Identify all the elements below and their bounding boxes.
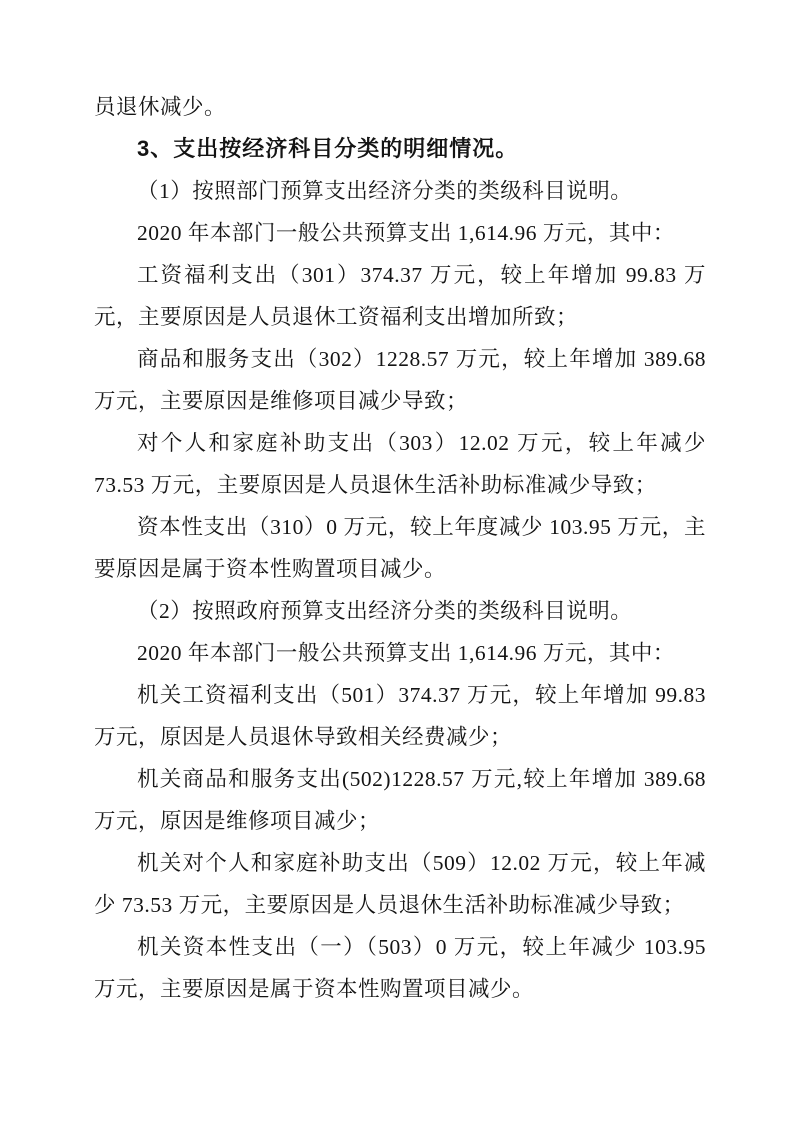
paragraph-expense-303: 对个人和家庭补助支出（303）12.02 万元，较上年减少 73.53 万元，主… [94, 422, 706, 506]
paragraph-expense-503: 机关资本性支出（一）（503）0 万元，较上年减少 103.95 万元，主要原因… [94, 926, 706, 1010]
paragraph-expense-502: 机关商品和服务支出(502)1228.57 万元,较上年增加 389.68 万元… [94, 758, 706, 842]
paragraph-expense-501: 机关工资福利支出（501）374.37 万元，较上年增加 99.83 万元，原因… [94, 674, 706, 758]
paragraph-total-budget-1: 2020 年本部门一般公共预算支出 1,614.96 万元，其中： [94, 212, 706, 254]
paragraph-expense-310: 资本性支出（310）0 万元，较上年度减少 103.95 万元，主要原因是属于资… [94, 506, 706, 590]
subsection-heading-1: （1）按照部门预算支出经济分类的类级科目说明。 [94, 170, 706, 212]
document-page: 员退休减少。 3、支出按经济科目分类的明细情况。 （1）按照部门预算支出经济分类… [0, 0, 793, 1122]
paragraph-expense-509: 机关对个人和家庭补助支出（509）12.02 万元，较上年减少 73.53 万元… [94, 842, 706, 926]
paragraph-expense-302: 商品和服务支出（302）1228.57 万元，较上年增加 389.68 万元，主… [94, 338, 706, 422]
subsection-heading-2: （2）按照政府预算支出经济分类的类级科目说明。 [94, 590, 706, 632]
paragraph-continuation: 员退休减少。 [94, 86, 706, 128]
section-heading-3: 3、支出按经济科目分类的明细情况。 [94, 128, 706, 170]
paragraph-expense-301: 工资福利支出（301）374.37 万元，较上年增加 99.83 万元，主要原因… [94, 254, 706, 338]
paragraph-total-budget-2: 2020 年本部门一般公共预算支出 1,614.96 万元，其中： [94, 632, 706, 674]
document-content: 员退休减少。 3、支出按经济科目分类的明细情况。 （1）按照部门预算支出经济分类… [94, 86, 706, 1010]
